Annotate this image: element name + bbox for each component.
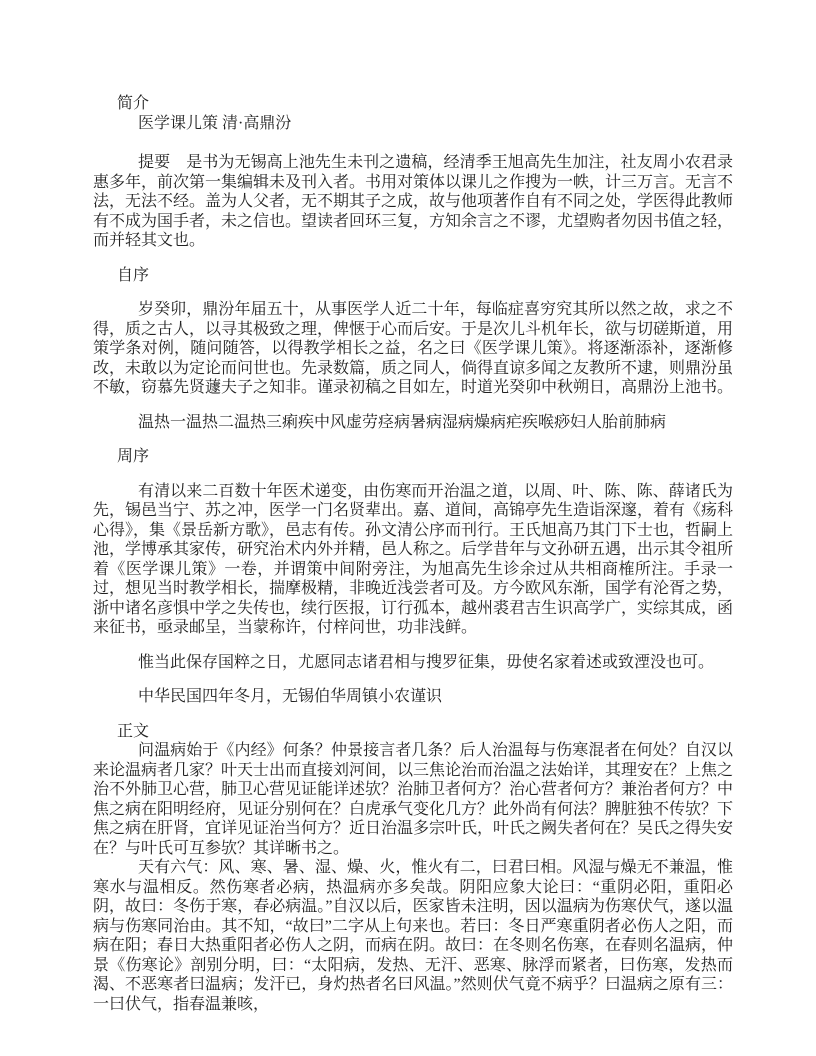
section-heading-intro: 简介 (93, 94, 733, 114)
main-text-answer-paragraph: 天有六气：风、寒、暑、湿、燥、火，惟火有二，曰君曰相。风湿与燥无不兼温，惟寒水与… (93, 858, 733, 1014)
section-heading-self-preface: 自序 (93, 266, 733, 286)
zhou-preface-paragraph: 有清以来二百数十年医术递变，由伤寒而开治温之道，以周、叶、陈、陈、薛诸氏为先，锡… (93, 482, 733, 638)
zhou-preface-closing-line: 惟当此保存国粹之日，尤愿同志诸君相与搜罗征集，毋使名家着述或致湮没也可。 (93, 653, 733, 673)
zhou-preface-signature-line: 中华民国四年冬月，无锡伯华周镇小农谨识 (93, 687, 733, 707)
abstract-paragraph: 提要 是书为无锡高上池先生未刊之遗稿，经清季王旭高先生加注，社友周小农君录惠多年… (93, 153, 733, 251)
document-content: 简介 医学课儿策 清·高鼎汾 提要 是书为无锡高上池先生未刊之遗稿，经清季王旭高… (93, 94, 733, 1014)
main-text-question-paragraph: 问温病始于《内经》何条？仲景接言者几条？后人治温每与伤寒混者在何处？自汉以来论温… (93, 741, 733, 858)
document-page: 简介 医学课儿策 清·高鼎汾 提要 是书为无锡高上池先生未刊之遗稿，经清季王旭高… (0, 0, 816, 1056)
section-heading-zhou-preface: 周序 (93, 447, 733, 467)
table-of-contents-line: 温热一温热二温热三痢疾中风虚劳痉病暑病湿病燥病疟疾喉痧妇人胎前肺病 (93, 413, 733, 433)
section-heading-main-text: 正文 (93, 722, 733, 742)
self-preface-paragraph: 岁癸卯，鼎汾年届五十，从事医学人近二十年，每临症喜穷究其所以然之故，求之不得，质… (93, 300, 733, 398)
book-title-line: 医学课儿策 清·高鼎汾 (93, 114, 733, 134)
